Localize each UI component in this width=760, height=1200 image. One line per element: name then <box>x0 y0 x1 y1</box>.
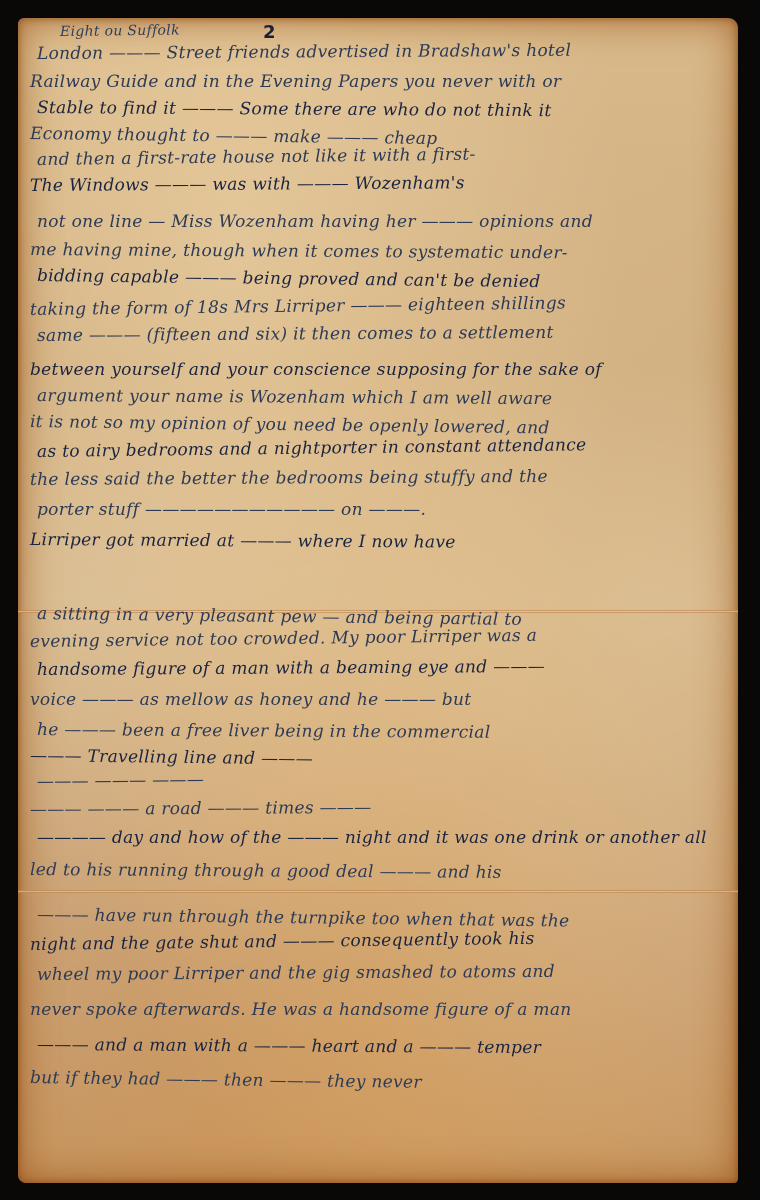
manuscript-line: ——— Travelling line and ——— <box>30 746 313 769</box>
manuscript-line: voice ——— as mellow as honey and he ——— … <box>30 690 471 710</box>
manuscript-line: same ——— (fifteen and six) it then comes… <box>37 323 554 346</box>
fold-crease <box>18 890 738 893</box>
manuscript-line: ——— and a man with a ——— heart and a ———… <box>37 1035 541 1058</box>
manuscript-line: ———— day and how of the ——— night and it… <box>37 828 707 848</box>
manuscript-line: between yourself and your conscience sup… <box>30 360 602 380</box>
manuscript-line: led to his running through a good deal —… <box>30 860 502 883</box>
manuscript-line: handsome figure of a man with a beaming … <box>37 657 545 680</box>
manuscript-line: argument your name is Wozenham which I a… <box>37 386 552 409</box>
manuscript-line: The Windows ——— was with ——— Wozenham's <box>30 173 465 196</box>
manuscript-line: the less said the better the bedrooms be… <box>30 467 548 490</box>
manuscript-line: me having mine, though when it comes to … <box>30 240 568 263</box>
manuscript-line: porter stuff ——————————— on ———. <box>37 500 426 520</box>
manuscript-line: Railway Guide and in the Evening Papers … <box>30 72 561 92</box>
manuscript-line: London ——— Street friends advertised in … <box>37 41 571 64</box>
manuscript-line: he ——— been a free liver being in the co… <box>37 720 491 743</box>
page-number: 2 <box>263 22 276 43</box>
manuscript-line: wheel my poor Lirriper and the gig smash… <box>37 962 555 985</box>
manuscript-line: never spoke afterwards. He was a handsom… <box>30 1000 572 1020</box>
manuscript-line: not one line — Miss Wozenham having her … <box>37 212 593 232</box>
manuscript-line: ——— ——— a road ——— times ——— <box>30 798 372 820</box>
manuscript-line: Stable to find it ——— Some there are who… <box>37 98 552 121</box>
manuscript-line: Lirriper got married at ——— where I now … <box>30 530 456 553</box>
manuscript-line: ——— ——— ——— <box>37 770 204 792</box>
manuscript-line: Eight ou Suffolk <box>60 23 180 40</box>
